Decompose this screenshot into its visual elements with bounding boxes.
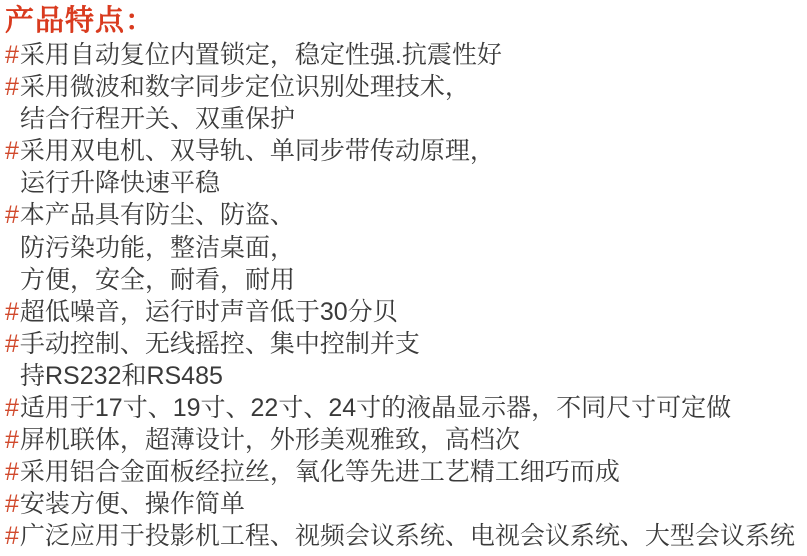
hash-marker: # bbox=[5, 298, 19, 326]
hash-marker: # bbox=[5, 394, 19, 422]
feature-line-3: 结合行程开关、双重保护 bbox=[5, 103, 807, 135]
feature-line-14: #采用铝合金面板经拉丝，氧化等先进工艺精工细巧而成 bbox=[5, 456, 807, 488]
feature-list: #采用自动复位内置锁定，稳定性强.抗震性好#采用微波和数字同步定位识别处理技术，… bbox=[5, 39, 807, 553]
feature-line-12: #适用于17寸、19寸、22寸、24寸的液晶显示器，不同尺寸可定做 bbox=[5, 392, 807, 424]
feature-line-1: #采用自动复位内置锁定，稳定性强.抗震性好 bbox=[5, 39, 807, 71]
feature-text: 手动控制、无线摇控、集中控制并支 bbox=[20, 330, 420, 358]
feature-text: 安装方便、操作简单 bbox=[20, 490, 245, 518]
hash-marker: # bbox=[5, 490, 19, 518]
hash-marker: # bbox=[5, 426, 19, 454]
feature-line-16: #广泛应用于投影机工程、视频会议系统、电视会议系统、大型会议系统 bbox=[5, 520, 807, 552]
hash-marker: # bbox=[5, 522, 19, 550]
feature-text: 广泛应用于投影机工程、视频会议系统、电视会议系统、大型会议系统 bbox=[20, 522, 795, 550]
product-features-page: 产品特点： #采用自动复位内置锁定，稳定性强.抗震性好#采用微波和数字同步定位识… bbox=[0, 0, 807, 556]
feature-text: 超低噪音，运行时声音低于30分贝 bbox=[20, 298, 398, 326]
hash-marker: # bbox=[5, 330, 19, 358]
feature-text: 采用铝合金面板经拉丝，氧化等先进工艺精工细巧而成 bbox=[20, 458, 620, 486]
feature-line-8: 方便，安全，耐看，耐用 bbox=[5, 264, 807, 296]
feature-line-5: 运行升降快速平稳 bbox=[5, 167, 807, 199]
feature-line-13: #屏机联体，超薄设计，外形美观雅致，高档次 bbox=[5, 424, 807, 456]
feature-line-4: #采用双电机、双导轨、单同步带传动原理， bbox=[5, 135, 807, 167]
feature-line-6: #本产品具有防尘、防盗、 bbox=[5, 199, 807, 231]
hash-marker: # bbox=[5, 137, 19, 165]
hash-marker: # bbox=[5, 73, 19, 101]
feature-text: 采用自动复位内置锁定，稳定性强.抗震性好 bbox=[20, 41, 502, 69]
feature-line-2: #采用微波和数字同步定位识别处理技术， bbox=[5, 71, 807, 103]
feature-text: 适用于17寸、19寸、22寸、24寸的液晶显示器，不同尺寸可定做 bbox=[20, 394, 731, 422]
feature-line-10: #手动控制、无线摇控、集中控制并支 bbox=[5, 328, 807, 360]
hash-marker: # bbox=[5, 201, 19, 229]
feature-text: 本产品具有防尘、防盗、 bbox=[20, 201, 295, 229]
feature-text: 方便，安全，耐看，耐用 bbox=[20, 266, 295, 294]
hash-marker: # bbox=[5, 41, 19, 69]
feature-line-11: 持RS232和RS485 bbox=[5, 360, 807, 392]
feature-text: 采用双电机、双导轨、单同步带传动原理， bbox=[20, 137, 495, 165]
hash-marker: # bbox=[5, 458, 19, 486]
feature-text: 采用微波和数字同步定位识别处理技术， bbox=[20, 73, 470, 101]
feature-text: 持RS232和RS485 bbox=[20, 362, 223, 390]
feature-text: 运行升降快速平稳 bbox=[20, 169, 220, 197]
feature-text: 屏机联体，超薄设计，外形美观雅致，高档次 bbox=[20, 426, 520, 454]
feature-text: 防污染功能，整洁桌面， bbox=[20, 234, 295, 262]
page-title: 产品特点： bbox=[5, 3, 807, 39]
feature-line-7: 防污染功能，整洁桌面， bbox=[5, 232, 807, 264]
feature-text: 结合行程开关、双重保护 bbox=[20, 105, 295, 133]
feature-line-15: #安装方便、操作简单 bbox=[5, 488, 807, 520]
feature-line-9: #超低噪音，运行时声音低于30分贝 bbox=[5, 296, 807, 328]
